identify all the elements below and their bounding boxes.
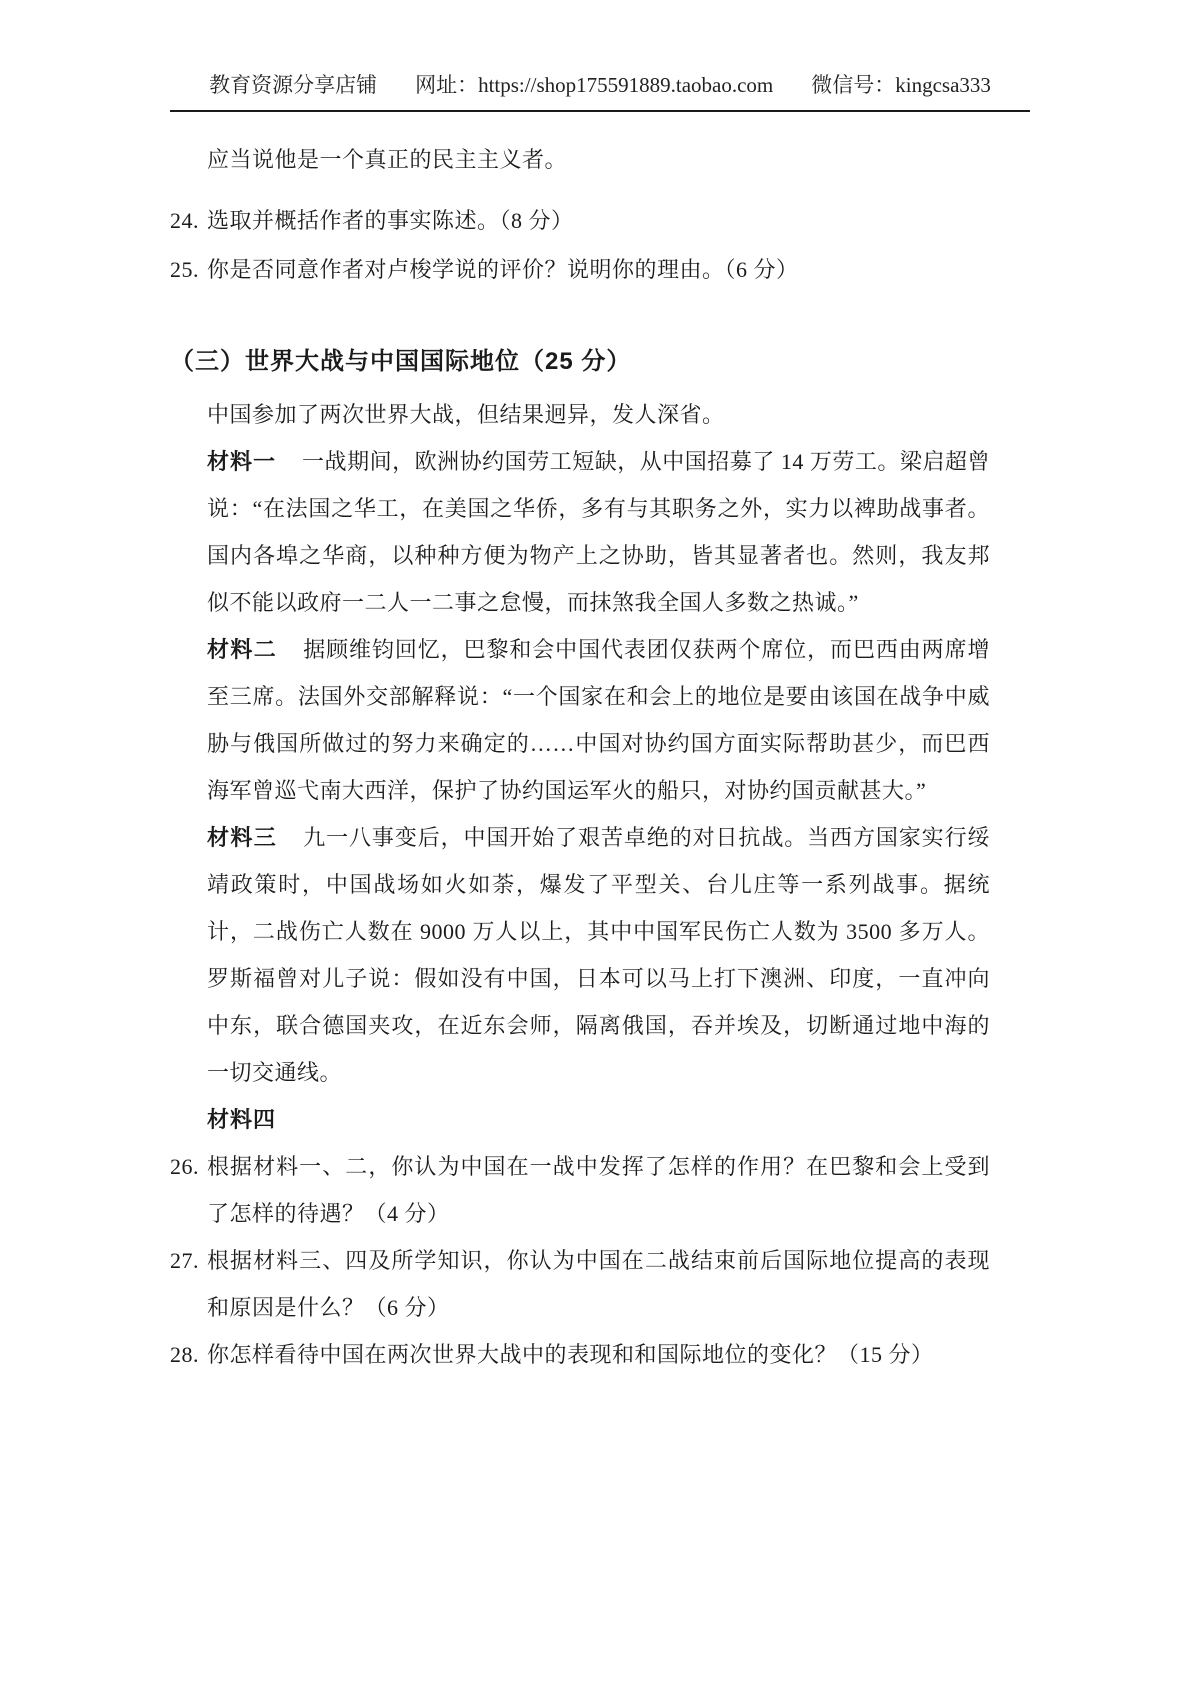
question-28: 28. 你怎样看待中国在两次世界大战中的表现和和国际地位的变化？（15 分）	[170, 1331, 990, 1378]
material-4-paragraph: 材料四	[207, 1096, 990, 1143]
material-3-text: 九一八事变后，中国开始了艰苦卓绝的对日抗战。当西方国家实行绥靖政策时，中国战场如…	[207, 825, 990, 1085]
question-24-number: 24.	[170, 197, 207, 244]
question-24: 24. 选取并概括作者的事实陈述。（8 分）	[170, 197, 990, 244]
question-25: 25. 你是否同意作者对卢梭学说的评价？说明你的理由。（6 分）	[170, 246, 990, 293]
question-26-number: 26.	[170, 1143, 207, 1190]
shop-name: 教育资源分享店铺	[209, 72, 377, 98]
question-26-text: 根据材料一、二，你认为中国在一战中发挥了怎样的作用？在巴黎和会上受到了怎样的待遇…	[207, 1143, 990, 1237]
question-25-number: 25.	[170, 246, 207, 293]
material-2-label: 材料二	[207, 637, 277, 662]
wechat-id: 微信号：kingcsa333	[811, 72, 991, 98]
section-heading: （三）世界大战与中国国际地位（25 分）	[170, 337, 990, 387]
question-27-number: 27.	[170, 1237, 207, 1284]
header-divider	[170, 110, 1030, 112]
question-25-text: 你是否同意作者对卢梭学说的评价？说明你的理由。（6 分）	[207, 246, 990, 293]
question-28-number: 28.	[170, 1331, 207, 1378]
exam-paper-page: 教育资源分享店铺 网址：https://shop175591889.taobao…	[0, 0, 1200, 1698]
question-24-text: 选取并概括作者的事实陈述。（8 分）	[207, 197, 990, 244]
question-28-text: 你怎样看待中国在两次世界大战中的表现和和国际地位的变化？（15 分）	[207, 1331, 990, 1378]
shop-url: 网址：https://shop175591889.taobao.com	[415, 72, 773, 98]
material-3-paragraph: 材料三九一八事变后，中国开始了艰苦卓绝的对日抗战。当西方国家实行绥靖政策时，中国…	[207, 814, 990, 1096]
material-3-label: 材料三	[207, 825, 277, 850]
material-1-text: 一战期间，欧洲协约国劳工短缺，从中国招募了 14 万劳工。梁启超曾说：“在法国之…	[207, 449, 990, 615]
document-body: 应当说他是一个真正的民主主义者。 24. 选取并概括作者的事实陈述。（8 分） …	[170, 136, 990, 1378]
carryover-paragraph: 应当说他是一个真正的民主主义者。	[207, 136, 990, 183]
material-1-label: 材料一	[207, 449, 276, 474]
page-header: 教育资源分享店铺 网址：https://shop175591889.taobao…	[170, 72, 1030, 98]
material-4-label: 材料四	[207, 1107, 276, 1132]
question-27: 27. 根据材料三、四及所学知识，你认为中国在二战结束前后国际地位提高的表现和原…	[170, 1237, 990, 1331]
material-2-text: 据顾维钧回忆，巴黎和会中国代表团仅获两个席位，而巴西由两席增至三席。法国外交部解…	[207, 637, 990, 803]
material-1-paragraph: 材料一一战期间，欧洲协约国劳工短缺，从中国招募了 14 万劳工。梁启超曾说：“在…	[207, 438, 990, 626]
question-26: 26. 根据材料一、二，你认为中国在一战中发挥了怎样的作用？在巴黎和会上受到了怎…	[170, 1143, 990, 1237]
section-intro: 中国参加了两次世界大战，但结果迥异，发人深省。	[207, 391, 990, 438]
material-2-paragraph: 材料二据顾维钧回忆，巴黎和会中国代表团仅获两个席位，而巴西由两席增至三席。法国外…	[207, 626, 990, 814]
question-27-text: 根据材料三、四及所学知识，你认为中国在二战结束前后国际地位提高的表现和原因是什么…	[207, 1237, 990, 1331]
